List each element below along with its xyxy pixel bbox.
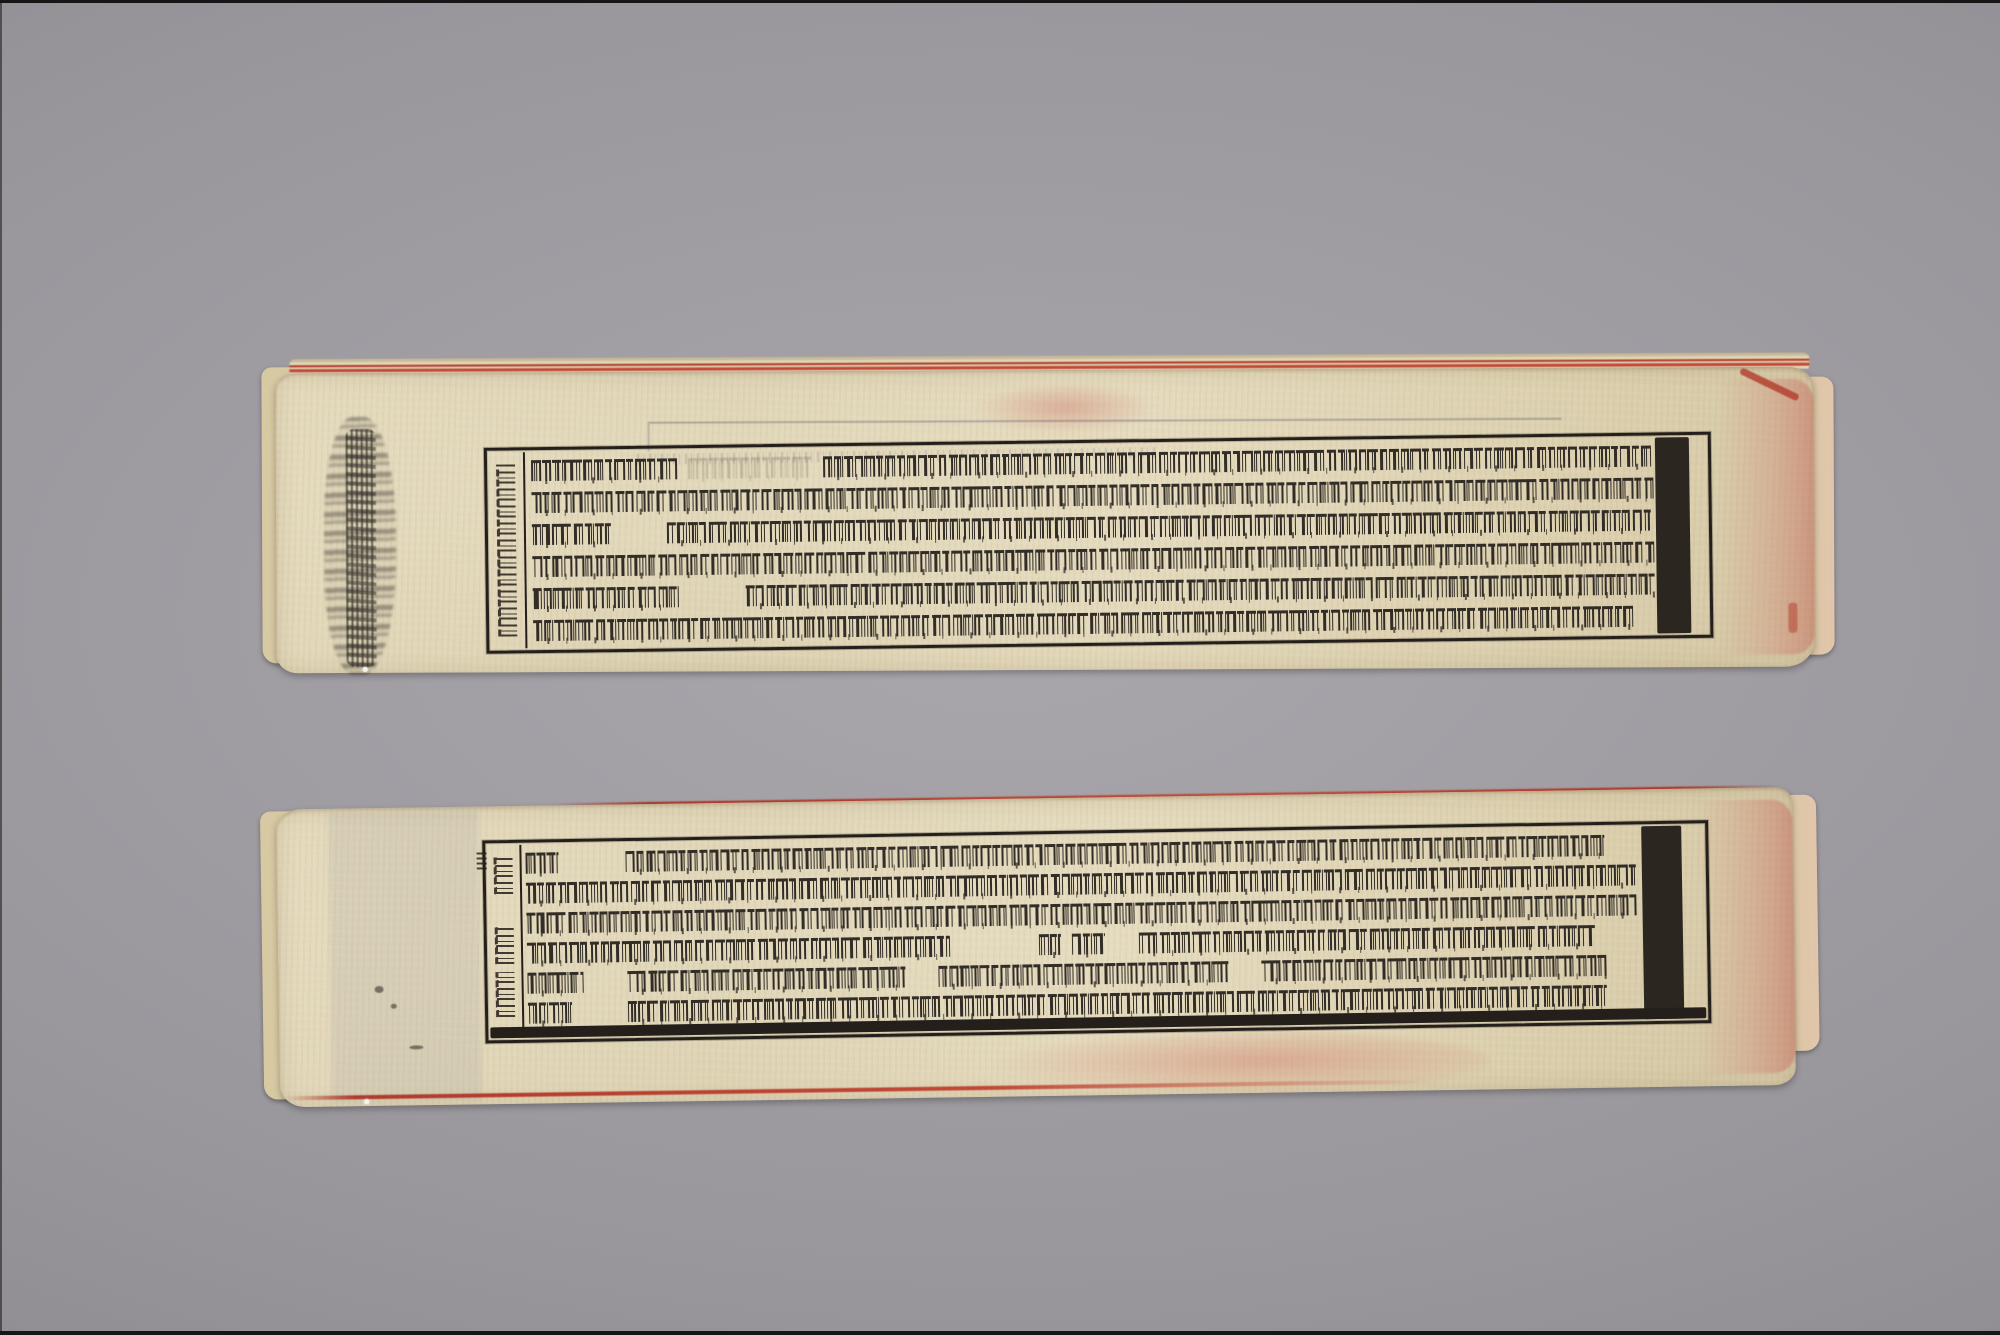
script-segment <box>527 972 583 994</box>
photograph: Photograph of a Tibetan pecha (pothi) ma… <box>0 0 2000 1335</box>
script-segment <box>823 446 1653 478</box>
photo-edge-bar-bottom <box>0 1331 2000 1335</box>
script-segment <box>1138 925 1594 954</box>
margin-label-text <box>494 856 513 894</box>
script-segment <box>533 586 679 609</box>
margin-title-column <box>488 847 521 1036</box>
script-segment <box>939 961 1228 987</box>
paper-leaf <box>276 787 1796 1107</box>
paper-leaf <box>275 367 1814 674</box>
ink-spot <box>391 1004 397 1009</box>
red-edge-streak <box>1788 603 1797 633</box>
script-segment <box>627 966 905 992</box>
text-frame <box>484 432 1714 654</box>
white-speck <box>363 667 368 672</box>
text-lines <box>531 442 1655 649</box>
margin-label-text <box>496 972 515 1018</box>
script-segment <box>525 852 559 874</box>
script-segment <box>1038 934 1061 955</box>
ghost-script-segment <box>688 457 812 480</box>
frame-right-border <box>1655 437 1692 633</box>
margin-label-text <box>496 926 515 964</box>
script-segment <box>527 936 950 964</box>
text-lines <box>525 830 1640 1028</box>
frame-inner-rule <box>523 452 528 648</box>
text-frame <box>482 820 1711 1043</box>
pink-edge-wash <box>1696 799 1796 1074</box>
faint-blue-band <box>328 810 482 1102</box>
photo-edge-bar-top <box>0 0 2000 3</box>
manuscript-folio-top <box>261 351 1834 680</box>
script-segment <box>1261 955 1606 982</box>
white-speck <box>364 1099 369 1104</box>
manuscript-folio-bottom <box>260 775 1819 1114</box>
margin-label-text <box>497 464 517 637</box>
photo-edge-bar-left <box>0 0 2 1335</box>
ink-smudge-core <box>346 429 377 667</box>
frame-right-border <box>1641 826 1684 1020</box>
script-segment <box>531 458 677 481</box>
script-segment <box>532 523 611 545</box>
script-segment <box>528 1002 573 1024</box>
margin-title-column <box>491 454 524 646</box>
script-segment <box>1072 933 1106 955</box>
pink-edge-wash <box>1717 379 1814 655</box>
